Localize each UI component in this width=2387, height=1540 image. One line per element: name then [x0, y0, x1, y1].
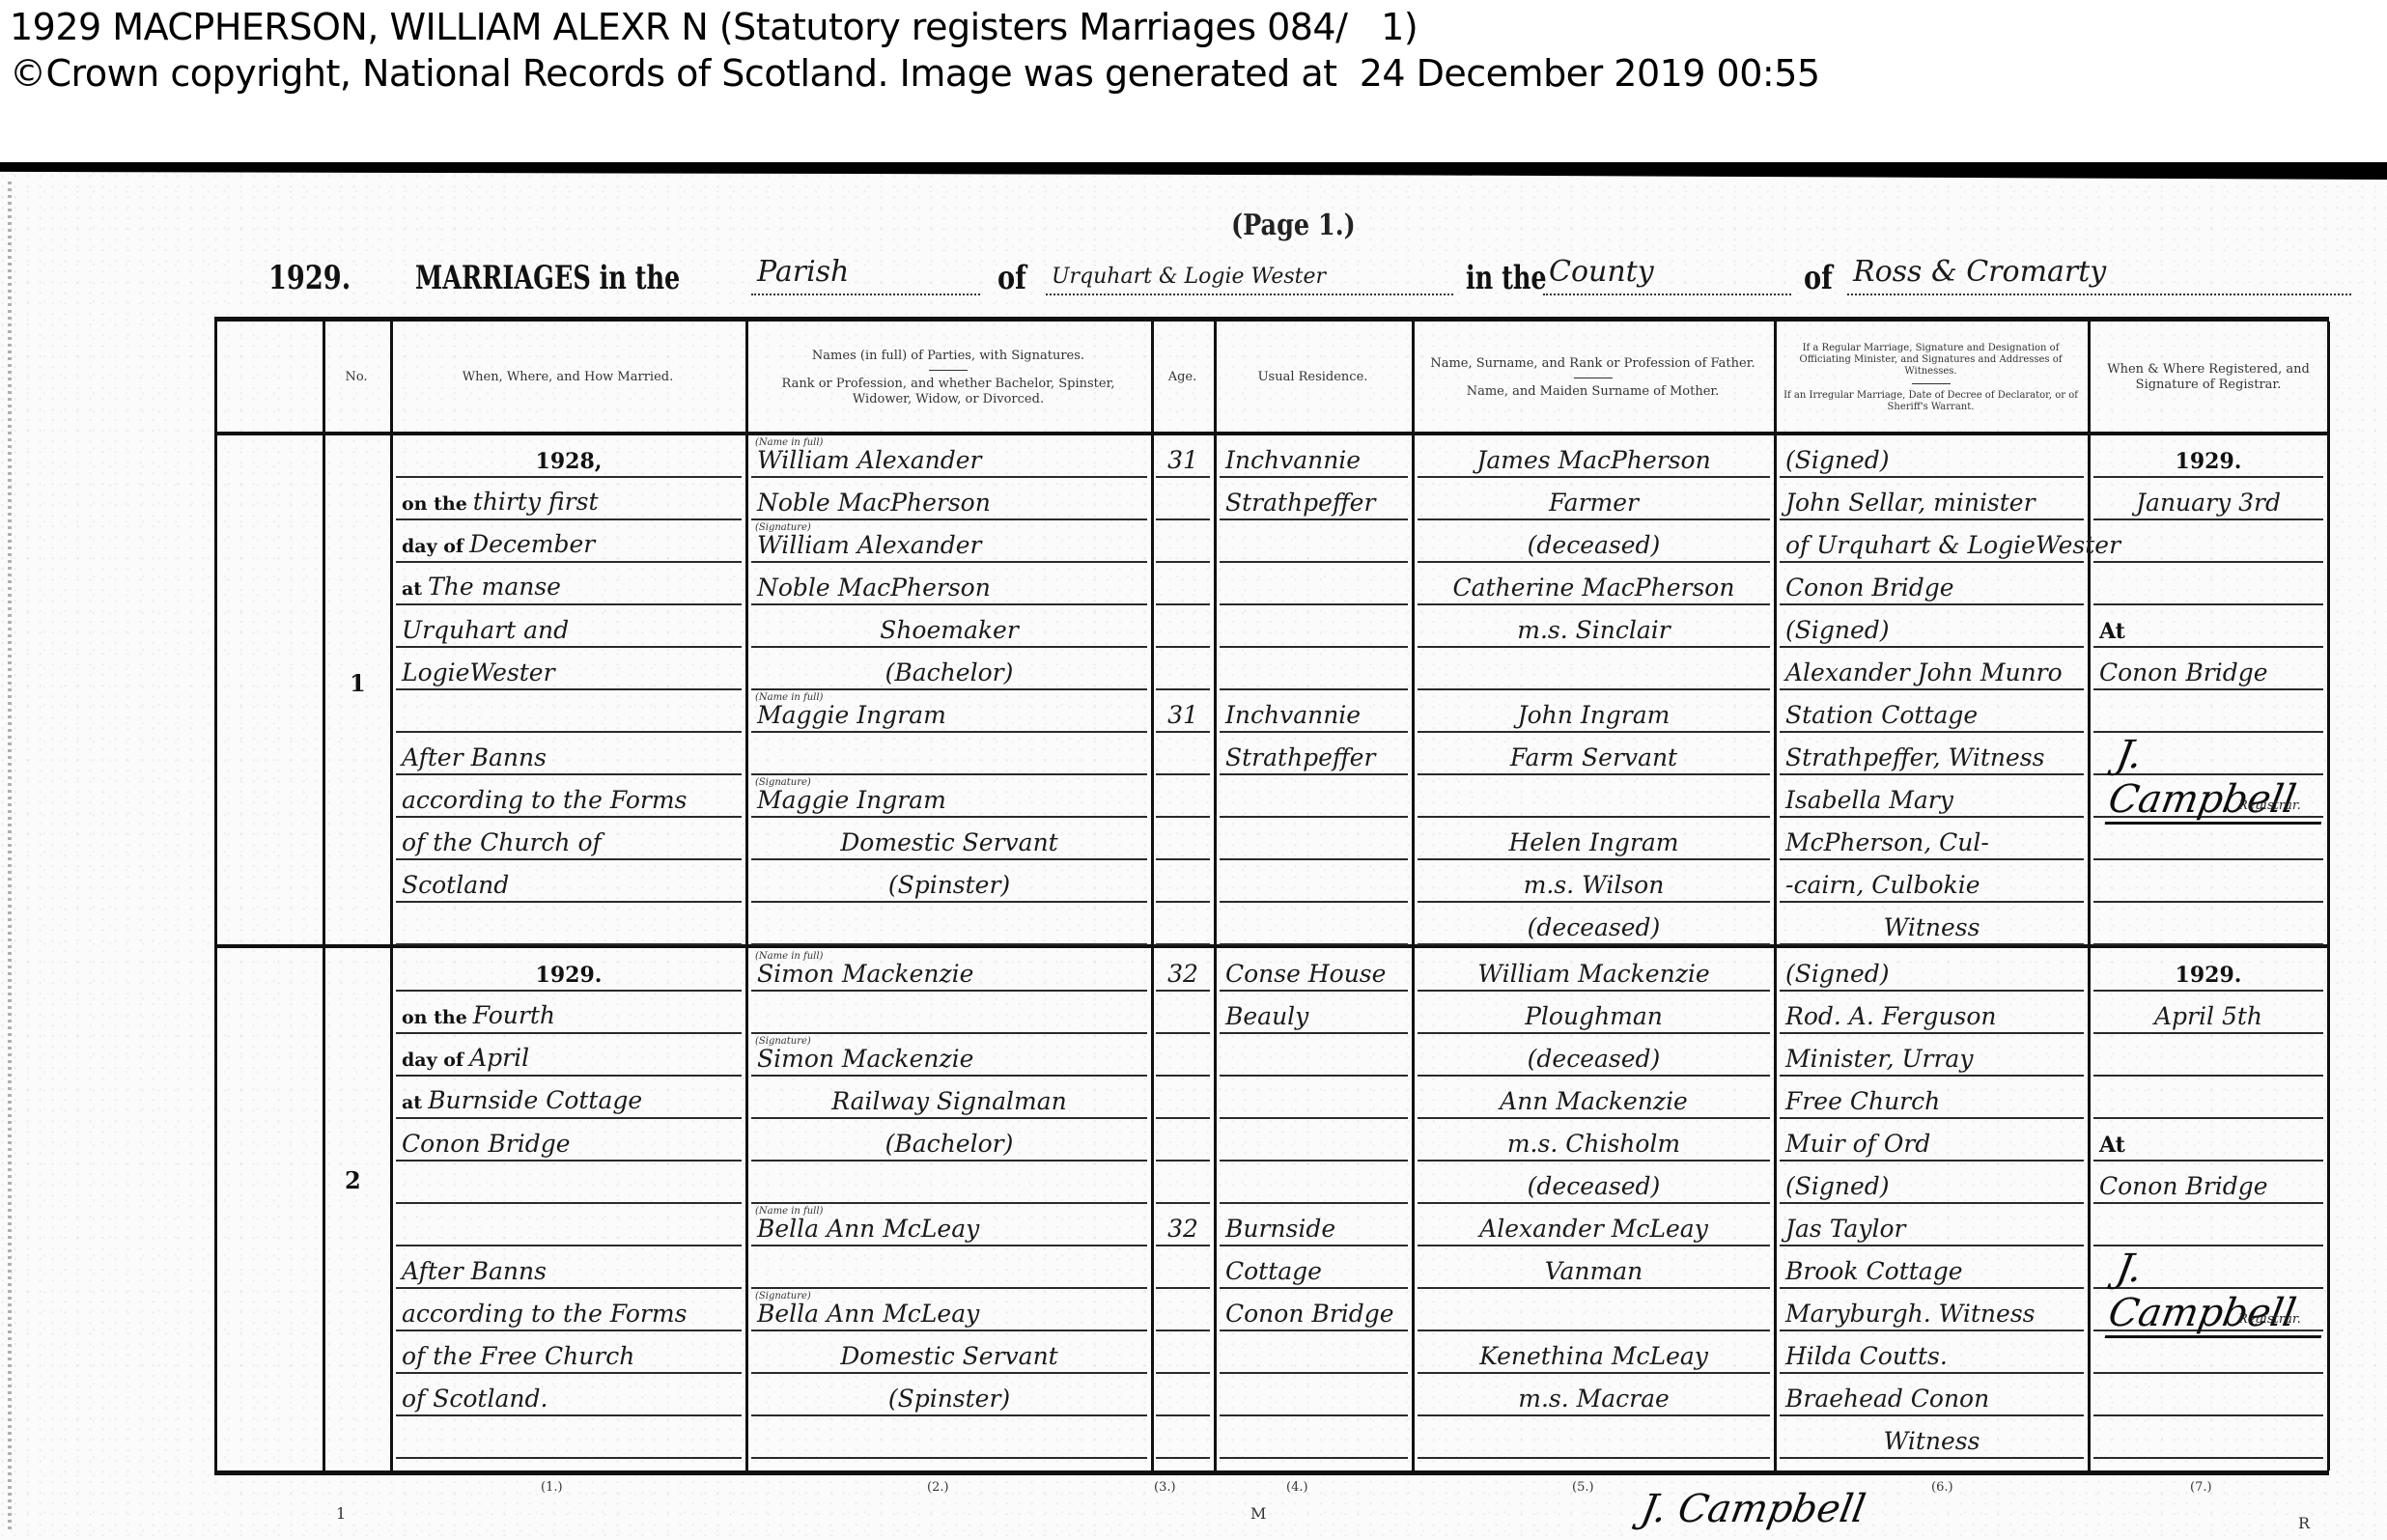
column-number: (4.) — [1286, 1480, 1308, 1495]
handwritten-text: Shoemaker — [751, 616, 1147, 644]
handwritten-text: At — [2099, 1133, 2125, 1158]
copyright-notice: ©Crown copyright, National Records of Sc… — [10, 50, 1820, 97]
parish-type: Parish — [751, 255, 980, 295]
handwritten-text: After Banns — [402, 1257, 547, 1285]
handwritten-text: m.s. Macrae — [1418, 1385, 1770, 1413]
handwritten-text: Brook Cottage — [1785, 1257, 1963, 1285]
registrar-signature: J. Campbell — [2105, 1246, 2338, 1338]
handwritten-text: atThe manse — [402, 573, 561, 602]
parents-cell: James MacPhersonFarmer(deceased)Catherin… — [1418, 435, 1770, 945]
age-cell: 3131 — [1156, 435, 1210, 945]
officiant-witnesses-cell: (Signed)Rod. A. FergusonMinister, UrrayF… — [1780, 949, 2084, 1459]
scan-border — [0, 162, 2387, 180]
handwritten-text: Burnside — [1225, 1215, 1335, 1243]
handwritten-text: (Signed) — [1785, 960, 1890, 988]
handwritten-text: (Bachelor) — [751, 1130, 1147, 1158]
handwritten-text: 32 — [1156, 1215, 1210, 1243]
handwritten-text: Domestic Servant — [751, 1342, 1147, 1370]
parents-cell: William MackenziePloughman(deceased)Ann … — [1418, 949, 1770, 1459]
handwritten-text: Vanman — [1418, 1257, 1770, 1285]
handwritten-text: m.s. Wilson — [1418, 871, 1770, 899]
column-number: (1.) — [541, 1480, 563, 1495]
handwritten-text: Ploughman — [1418, 1002, 1770, 1030]
officiant-witnesses-cell: (Signed)John Sellar, ministerof Urquhart… — [1780, 435, 2084, 945]
header-when-where: When, Where, and How Married. — [390, 329, 745, 426]
handwritten-text: January 3rd — [2093, 489, 2323, 517]
register-title: 1929. MARRIAGES in the Parish of Urquhar… — [268, 247, 2277, 305]
header-names: Names (in full) of Parties, with Signatu… — [755, 329, 1141, 426]
handwritten-text: on thethirty first — [402, 488, 599, 517]
in-the-label: in the — [1466, 259, 1547, 297]
header-parents: Name, Surname, and Rank or Profession of… — [1417, 329, 1769, 426]
handwritten-text: William Alexander — [757, 446, 982, 474]
handwritten-text: Jas Taylor — [1785, 1215, 1905, 1243]
column-number: (2.) — [927, 1480, 949, 1495]
column-number: (7.) — [2190, 1480, 2212, 1495]
handwritten-text: Maggie Ingram — [757, 786, 946, 814]
column-number: (5.) — [1572, 1480, 1594, 1495]
footer-mark-middle: M — [1250, 1504, 1266, 1523]
form-label: (Signature) — [755, 777, 811, 788]
form-label: (Signature) — [755, 1036, 811, 1047]
handwritten-text: of the Church of — [402, 828, 602, 856]
handwritten-text: Beauly — [1225, 1002, 1308, 1030]
residence-cell: Conse HouseBeaulyBurnsideCottageConon Br… — [1220, 949, 1408, 1459]
of-label-2: of — [1804, 259, 1833, 297]
when-where-how-cell: 1929.on theFourthday ofAprilatBurnside C… — [396, 949, 742, 1459]
footer-signature: J. Campbell — [1638, 1487, 1868, 1531]
handwritten-text: Witness — [1780, 913, 2084, 941]
handwritten-text: Bella Ann McLeay — [757, 1300, 979, 1328]
handwritten-text: April 5th — [2093, 1002, 2323, 1030]
handwritten-text: Free Church — [1785, 1087, 1940, 1115]
handwritten-text: (deceased) — [1418, 1172, 1770, 1200]
handwritten-text: Ann Mackenzie — [1418, 1087, 1770, 1115]
handwritten-text: on theFourth — [402, 1001, 555, 1030]
handwritten-text: (Spinster) — [751, 871, 1147, 899]
handwritten-text: (deceased) — [1418, 913, 1770, 941]
handwritten-text: LogieWester — [402, 658, 555, 686]
handwritten-text: Noble MacPherson — [757, 489, 991, 517]
handwritten-text: Braehead Conon — [1785, 1385, 1989, 1413]
handwritten-text: Alexander McLeay — [1418, 1215, 1770, 1243]
handwritten-text: Railway Signalman — [751, 1087, 1147, 1115]
handwritten-text: m.s. Sinclair — [1418, 616, 1770, 644]
marriage-register-table: No. When, Where, and How Married. Names … — [214, 317, 2329, 1475]
residence-cell: InchvannieStrathpefferInchvannieStrathpe… — [1220, 435, 1408, 945]
handwritten-text: 1929. — [396, 963, 742, 988]
handwritten-text: (Bachelor) — [751, 658, 1147, 686]
header-registered: When & Where Registered, and Signature o… — [2092, 329, 2324, 426]
handwritten-text: Conon Bridge — [1785, 574, 1954, 602]
handwritten-text: Isabella Mary — [1785, 786, 1953, 814]
handwritten-text: Muir of Ord — [1785, 1130, 1930, 1158]
handwritten-text: (Signed) — [1785, 446, 1890, 474]
header-officiant: If a Regular Marriage, Signature and Des… — [1779, 329, 2083, 426]
handwritten-text: Station Cottage — [1785, 701, 1978, 729]
handwritten-text: Urquhart and — [402, 616, 569, 644]
when-where-how-cell: 1928,on thethirty firstday ofDecemberatT… — [396, 435, 742, 945]
of-label: of — [997, 259, 1026, 297]
handwritten-text: Strathpeffer — [1225, 489, 1375, 517]
registrar-label: Registrar. — [2238, 798, 2301, 813]
handwritten-text: Inchvannie — [1225, 446, 1361, 474]
handwritten-text: (deceased) — [1418, 531, 1770, 559]
handwritten-text: Conse House — [1225, 960, 1386, 988]
handwritten-text: Conon Bridge — [2099, 1172, 2268, 1200]
handwritten-text: (deceased) — [1418, 1045, 1770, 1073]
handwritten-text: of the Free Church — [402, 1342, 634, 1370]
header-residence: Usual Residence. — [1214, 329, 1412, 426]
handwritten-text: John Ingram — [1418, 701, 1770, 729]
names-cell: Simon MackenzieSimon MackenzieRailway Si… — [751, 949, 1147, 1459]
column-number: (3.) — [1154, 1480, 1176, 1495]
handwritten-text: Witness — [1780, 1427, 2084, 1455]
handwritten-text: Strathpeffer, Witness — [1785, 743, 2044, 771]
handwritten-text: Maryburgh. Witness — [1785, 1300, 2035, 1328]
handwritten-text: (Signed) — [1785, 616, 1890, 644]
handwritten-text: Alexander John Munro — [1785, 658, 2063, 686]
column-number: (6.) — [1931, 1480, 1953, 1495]
entry-number: 2 — [345, 1166, 361, 1194]
handwritten-text: m.s. Chisholm — [1418, 1130, 1770, 1158]
handwritten-text: John Sellar, minister — [1785, 489, 2036, 517]
form-label: (Signature) — [755, 522, 811, 533]
county-name: Ross & Cromarty — [1847, 255, 2351, 295]
handwritten-text: Conon Bridge — [2099, 658, 2268, 686]
form-label: (Name in full) — [755, 1206, 823, 1217]
handwritten-text: Simon Mackenzie — [757, 1045, 973, 1073]
handwritten-text: Cottage — [1225, 1257, 1322, 1285]
parish-name: Urquhart & Logie Wester — [1046, 265, 1453, 295]
handwritten-text: according to the Forms — [402, 1300, 687, 1328]
handwritten-text: according to the Forms — [402, 786, 687, 814]
registrar-signature: J. Campbell — [2105, 733, 2338, 825]
handwritten-text: Bella Ann McLeay — [757, 1215, 979, 1243]
handwritten-text: -cairn, Culbokie — [1785, 871, 1980, 899]
handwritten-text: Farmer — [1418, 489, 1770, 517]
handwritten-text: of Urquhart & LogieWester — [1785, 531, 2120, 559]
handwritten-text: Inchvannie — [1225, 701, 1361, 729]
age-cell: 3232 — [1156, 949, 1210, 1459]
handwritten-text: Helen Ingram — [1418, 828, 1770, 856]
registrar-label: Registrar. — [2238, 1312, 2301, 1327]
form-label: (Name in full) — [755, 951, 823, 962]
handwritten-text: 1928, — [396, 449, 742, 474]
registered-cell: 1929.April 5thAtConon Bridge — [2093, 949, 2323, 1459]
form-label: (Name in full) — [755, 437, 823, 448]
scan-edge — [8, 182, 12, 1533]
handwritten-text: 31 — [1156, 701, 1210, 729]
handwritten-text: Noble MacPherson — [757, 574, 991, 602]
handwritten-text: Rod. A. Ferguson — [1785, 1002, 1997, 1030]
handwritten-text: atBurnside Cottage — [402, 1086, 642, 1115]
handwritten-text: William Mackenzie — [1418, 960, 1770, 988]
handwritten-text: Strathpeffer — [1225, 743, 1375, 771]
handwritten-text: day ofDecember — [402, 530, 595, 559]
handwritten-text: After Banns — [402, 743, 547, 771]
registered-cell: 1929.January 3rdAtConon Bridge — [2093, 435, 2323, 945]
handwritten-text: Domestic Servant — [751, 828, 1147, 856]
handwritten-text: 31 — [1156, 446, 1210, 474]
handwritten-text: William Alexander — [757, 531, 982, 559]
handwritten-text: At — [2099, 619, 2125, 644]
register-title-prefix: MARRIAGES in the — [415, 259, 680, 297]
handwritten-text: Conon Bridge — [1225, 1300, 1394, 1328]
handwritten-text: Catherine MacPherson — [1418, 574, 1770, 602]
handwritten-text: Conon Bridge — [402, 1130, 571, 1158]
handwritten-text: 32 — [1156, 960, 1210, 988]
handwritten-text: Kenethina McLeay — [1418, 1342, 1770, 1370]
handwritten-text: Scotland — [402, 871, 509, 899]
footer-mark-left: 1 — [336, 1504, 346, 1523]
form-label: (Name in full) — [755, 692, 823, 703]
handwritten-text: Simon Mackenzie — [757, 960, 973, 988]
register-year: 1929. — [268, 259, 351, 297]
handwritten-text: of Scotland. — [402, 1385, 548, 1413]
names-cell: William AlexanderNoble MacPhersonWilliam… — [751, 435, 1147, 945]
image-caption: 1929 MACPHERSON, WILLIAM ALEXR N (Statut… — [10, 4, 1820, 97]
entry-number: 1 — [350, 669, 366, 697]
handwritten-text: 1929. — [2093, 963, 2323, 988]
handwritten-text: (Signed) — [1785, 1172, 1890, 1200]
county-type: County — [1543, 255, 1791, 295]
handwritten-text: day ofApril — [402, 1044, 529, 1073]
handwritten-text: Minister, Urray — [1785, 1045, 1973, 1073]
form-label: (Signature) — [755, 1291, 811, 1302]
handwritten-text: Maggie Ingram — [757, 701, 946, 729]
page-label: (Page 1.) — [1231, 209, 1356, 242]
record-title: 1929 MACPHERSON, WILLIAM ALEXR N (Statut… — [10, 4, 1820, 50]
header-no: No. — [323, 329, 390, 426]
handwritten-text: James MacPherson — [1418, 446, 1770, 474]
handwritten-text: Farm Servant — [1418, 743, 1770, 771]
header-age: Age. — [1151, 329, 1214, 426]
handwritten-text: (Spinster) — [751, 1385, 1147, 1413]
handwritten-text: McPherson, Cul- — [1785, 828, 1989, 856]
handwritten-text: Hilda Coutts. — [1785, 1342, 1948, 1370]
register-scan: (Page 1.) 1929. MARRIAGES in the Parish … — [0, 162, 2387, 1540]
handwritten-text: 1929. — [2093, 449, 2323, 474]
footer-fragment: R — [2298, 1514, 2310, 1532]
